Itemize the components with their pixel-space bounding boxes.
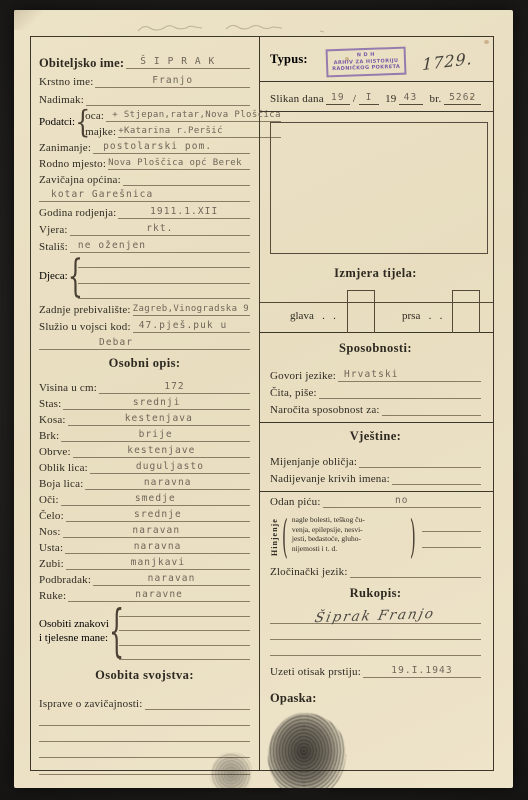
field-value: rkt. [146, 223, 173, 235]
blank-line [422, 532, 481, 548]
brace-glyph: { [109, 603, 119, 659]
blank-line [270, 640, 481, 656]
field-label: Isprave o zavičajnosti: [39, 698, 145, 710]
field-label: Krstno ime: [39, 76, 95, 88]
field-line: I [359, 91, 379, 105]
field-row-face-shape: Oblik lica: duguljasto [39, 458, 250, 474]
field-row-father: oca: + Stjepan,ratar,Nova Ploščica [85, 106, 281, 122]
field-row-birth-year: Godina rodjenja: 1911.1.XII [39, 202, 250, 219]
field-line: Šiprak Franjo [270, 609, 481, 624]
field-value: 47.pješ.puk u [139, 320, 228, 332]
field-value: +Katarina r.Peršić [118, 125, 223, 137]
field-line: brije [61, 428, 250, 442]
field-line: 47.pješ.puk u [133, 319, 250, 333]
field-value: Zagreb,Vinogradska 9 [133, 303, 249, 315]
section-divider [260, 491, 493, 492]
blank-line [119, 617, 250, 632]
field-line [359, 455, 481, 468]
form-frame: Obiteljsko ime: Š I P R A K Krstno ime: … [30, 36, 494, 771]
field-value: postolarski pom. [103, 141, 212, 153]
field-line: srednji [63, 396, 250, 410]
field-row-false-names: Nadijevanje krivih imena: [270, 468, 481, 485]
field-row-remark: Opaska: [270, 678, 481, 704]
section-heading-body-measurements: Izmjera tijela: [270, 266, 481, 282]
field-label: Zadnje prebivalište: [39, 304, 133, 316]
field-value: naravan [132, 525, 180, 537]
field-label: Obrve: [39, 446, 73, 458]
brace-glyph: { [68, 254, 78, 298]
field-label: Odan piću: [270, 496, 323, 508]
field-row-reads-writes: Čita, piše: [270, 382, 481, 399]
field-row-height: Visina u cm: 172 [39, 378, 250, 394]
blank-lines [119, 602, 250, 660]
field-line: naravan [63, 524, 250, 538]
field-label: Rodno mjesto: [39, 158, 108, 170]
brace-glyph: { [75, 106, 85, 137]
measurement-assembly: glava . . prsa . . [260, 286, 493, 333]
field-label: Zavičajna općina: [39, 174, 123, 186]
field-value: Š I P R A K [140, 56, 215, 68]
field-label: Obiteljsko ime: [39, 57, 126, 69]
field-value: kestenjava [125, 413, 193, 425]
measure-label-head: glava . . [290, 310, 336, 322]
field-label: Govori jezike: [270, 370, 338, 382]
field-value: Nova Ploščica opć Berek [108, 157, 242, 169]
field-row-home-documents: Isprave o zavičajnosti: [39, 692, 250, 710]
archive-stamp: N D H ARHIV ZA HISTORIJU RADNIČKOG POKRE… [325, 47, 406, 77]
field-line [392, 472, 481, 485]
field-value: 43 [404, 92, 418, 104]
field-line: kotar Garešnica [39, 188, 250, 202]
field-row-forehead: Čelo: srednje [39, 506, 250, 522]
field-label: Djeca: [39, 269, 68, 283]
blank-line [78, 284, 250, 299]
vertical-label: Hinjenje [270, 512, 282, 562]
field-row-military-service: Služio u vojsci kod: 47.pješ.puk u [39, 316, 250, 333]
blank-line [78, 253, 250, 268]
field-label: Podatci: [39, 115, 75, 129]
field-label: Typus: [270, 47, 310, 65]
field-row-chin: Podbradak: naravan [39, 570, 250, 586]
field-row-family-name: Obiteljsko ime: Š I P R A K [39, 47, 250, 69]
field-line: 172 [99, 380, 250, 394]
signature-row: Šiprak Franjo [270, 608, 481, 624]
field-label: Podbradak: [39, 574, 93, 586]
field-label: Boja lica: [39, 478, 85, 490]
field-row-appearance-change: Mijenjanje obličja: [270, 451, 481, 468]
pencil-scribble [134, 18, 329, 38]
field-line: 19.I.1943 [363, 664, 481, 678]
field-line: Nova Ploščica opć Berek [108, 156, 250, 170]
field-label: Zločinački jezik: [270, 566, 350, 578]
field-label: Osobiti znakovii tjelesne mane: [39, 617, 109, 645]
section-divider [260, 422, 493, 423]
separator: / [350, 93, 359, 105]
parents-rows: oca: + Stjepan,ratar,Nova Ploščica majke… [85, 106, 281, 138]
feigning-block: Hinjenje ( nagle bolesti, teškog ču- ven… [270, 512, 481, 562]
field-line: naravan [93, 572, 250, 586]
field-label: Usta: [39, 542, 65, 554]
field-line: srednje [66, 508, 250, 522]
field-label: Naročita sposobnost za: [270, 404, 382, 416]
field-line: Zagreb,Vinogradska 9 [133, 302, 250, 316]
field-line: naravna [65, 540, 250, 554]
field-row-hair: Kosa: kestenjava [39, 410, 250, 426]
field-value: srednji [133, 397, 181, 409]
field-label: Nadijevanje krivih imena: [270, 473, 392, 485]
feigning-description: nagle bolesti, teškog ču- venja, epileps… [288, 512, 410, 562]
field-row-build: Stas: srednji [39, 394, 250, 410]
field-value: naravna [134, 541, 182, 553]
field-label: Nos: [39, 526, 63, 538]
handwritten-number: 1729. [422, 49, 473, 74]
field-row-first-name: Krstno ime: Franjo [39, 69, 250, 88]
section-heading-abilities: Sposobnosti: [270, 333, 481, 365]
field-line [86, 93, 250, 106]
field-row-languages: Govori jezike: Hrvatski [270, 365, 481, 382]
blank-line [119, 646, 250, 661]
field-line: ne oženjen [70, 239, 250, 253]
field-label: Ruke: [39, 590, 68, 602]
blank-lines [416, 512, 481, 562]
field-line: duguljasto [90, 460, 250, 474]
field-row-military-service-2: Debar [39, 333, 250, 350]
field-value: 1911.1.XII [150, 206, 218, 218]
children-block: Djeca: { [39, 253, 250, 299]
field-value: naravna [144, 477, 192, 489]
field-line: Debar [39, 336, 250, 350]
scanned-form: Obiteljsko ime: Š I P R A K Krstno ime: … [0, 0, 528, 800]
field-value: duguljasto [136, 461, 204, 473]
field-row-home-municipality: Zavičajna općina: [39, 170, 250, 186]
field-value: 19.I.1943 [391, 665, 452, 677]
blank-line [119, 602, 250, 617]
section-heading-special-properties: Osobita svojstva: [39, 660, 250, 692]
field-label: Služio u vojsci kod: [39, 321, 133, 333]
field-line: + Stjepan,ratar,Nova Ploščica [106, 108, 281, 122]
field-row-addicted-to-drink: Odan piću: no [270, 494, 481, 508]
field-value: + Stjepan,ratar,Nova Ploščica [112, 109, 281, 121]
fingerprint-smudge [268, 713, 346, 799]
field-row-mouth: Usta: naravna [39, 538, 250, 554]
signature: Šiprak Franjo [314, 607, 437, 625]
field-label: Zanimanje: [39, 142, 93, 154]
blank-line [119, 631, 250, 646]
field-value: smedje [135, 493, 176, 505]
blank-line [422, 516, 481, 532]
blank-line [78, 268, 250, 283]
field-value: Debar [99, 337, 133, 349]
field-line: rkt. [70, 222, 250, 236]
field-line: manjkavi [66, 556, 250, 570]
field-label: Brk: [39, 430, 61, 442]
field-value: manjkavi [131, 557, 186, 569]
field-value: brije [139, 429, 173, 441]
blank-line [270, 624, 481, 640]
field-row-mother: majke: +Katarina r.Peršić [85, 122, 281, 138]
field-label: Zubi: [39, 558, 66, 570]
field-label: Čita, piše: [270, 387, 319, 399]
field-label: br. [423, 93, 445, 105]
field-label: Oblik lica: [39, 462, 90, 474]
field-row-special-ability: Naročita sposobnost za: [270, 399, 481, 416]
field-label: Slikan dana [270, 93, 326, 105]
field-label: Kosa: [39, 414, 68, 426]
field-line: naravne [68, 588, 250, 602]
section-heading-skills: Vještine: [270, 425, 481, 451]
field-value: I [366, 92, 373, 104]
photo-date-row: Slikan dana 19 / I 19 43 br. 5262 [260, 82, 493, 112]
field-line: 1911.1.XII [118, 205, 250, 219]
field-row-district: kotar Garešnica [39, 186, 250, 202]
field-label: Godina rodjenja: [39, 207, 118, 219]
field-line: Franjo [95, 74, 250, 88]
field-value: 5262 [449, 92, 476, 104]
field-line: 5262 [444, 91, 481, 105]
field-value: no [395, 495, 409, 507]
field-row-teeth: Zubi: manjkavi [39, 554, 250, 570]
field-line: +Katarina r.Peršić [118, 124, 281, 138]
field-line [319, 386, 481, 399]
stamp-line: RADNIČKOG POKRETA [332, 64, 400, 73]
blank-line [39, 726, 250, 742]
field-row-hands: Ruke: naravne [39, 586, 250, 602]
field-line: kestenjava [68, 412, 250, 426]
field-row-nickname: Nadimak: [39, 88, 250, 106]
field-label: Stališ: [39, 241, 70, 253]
field-label: Oči: [39, 494, 61, 506]
right-column: Typus: N D H ARHIV ZA HISTORIJU RADNIČKO… [259, 37, 493, 770]
field-row-religion: Vjera: rkt. [39, 219, 250, 236]
field-row-moustache: Brk: brije [39, 426, 250, 442]
field-line [382, 403, 481, 416]
field-line: 43 [399, 91, 423, 105]
field-row-eyes: Oči: smedje [39, 490, 250, 506]
field-line: smedje [61, 492, 250, 506]
field-label: Vjera: [39, 224, 70, 236]
field-value: ne oženjen [78, 240, 146, 252]
field-row-birthplace: Rodno mjesto: Nova Ploščica opć Berek [39, 154, 250, 170]
field-line [123, 173, 250, 186]
field-value: srednje [134, 509, 182, 521]
field-line: kestenjave [73, 444, 250, 458]
field-line: naravna [85, 476, 250, 490]
field-line [350, 565, 481, 578]
field-value: Hrvatski [344, 369, 399, 381]
field-value: naravan [148, 573, 196, 585]
parents-block: Podatci: { oca: + Stjepan,ratar,Nova Plo… [39, 106, 250, 138]
field-value: 19 [331, 92, 345, 104]
field-row-occupation: Zanimanje: postolarski pom. [39, 138, 250, 154]
paper-sheet: Obiteljsko ime: Š I P R A K Krstno ime: … [14, 10, 513, 788]
brace-glyph: ) [410, 510, 416, 564]
field-label: Uzeti otisak prstiju: [270, 666, 363, 678]
field-value: kestenjave [127, 445, 195, 457]
paper-fold [14, 10, 44, 30]
field-line: Š I P R A K [126, 55, 250, 69]
photo-box [270, 122, 488, 254]
field-line: postolarski pom. [93, 140, 250, 154]
field-row-criminal-jargon: Zločinački jezik: [270, 562, 481, 578]
field-row-eyebrows: Obrve: kestenjave [39, 442, 250, 458]
measure-box-head [347, 290, 375, 333]
special-marks-block: Osobiti znakovii tjelesne mane: { [39, 602, 250, 660]
blank-line [39, 710, 250, 726]
field-line: 19 [326, 91, 350, 105]
section-heading-handwriting: Rukopis: [270, 578, 481, 608]
field-value: naravne [135, 589, 183, 601]
left-column: Obiteljsko ime: Š I P R A K Krstno ime: … [31, 37, 259, 770]
fingerprint-smudge-small [210, 752, 252, 796]
field-row-complexion: Boja lica: naravna [39, 474, 250, 490]
printed-century: 19 [379, 93, 398, 105]
section-heading-personal-description: Osobni opis: [39, 350, 250, 378]
field-value: kotar Garešnica [51, 189, 153, 201]
brace-glyph: ( [282, 510, 288, 564]
field-value: 172 [164, 381, 184, 393]
field-label: Opaska: [270, 692, 319, 704]
field-line: Hrvatski [338, 368, 481, 382]
typus-row: Typus: N D H ARHIV ZA HISTORIJU RADNIČKO… [260, 45, 493, 82]
measure-box-chest [452, 290, 480, 333]
field-label: Mijenjanje obličja: [270, 456, 359, 468]
field-line [145, 709, 250, 710]
measure-label-chest: prsa . . [402, 310, 442, 322]
field-label: Čelo: [39, 510, 66, 522]
blank-lines [78, 253, 250, 299]
field-value: Franjo [152, 75, 193, 87]
field-label: Visina u cm: [39, 382, 99, 394]
field-line: no [323, 494, 481, 508]
field-row-fingerprints-taken: Uzeti otisak prstiju: 19.I.1943 [270, 656, 481, 678]
field-row-nose: Nos: naravan [39, 522, 250, 538]
field-label: Stas: [39, 398, 63, 410]
